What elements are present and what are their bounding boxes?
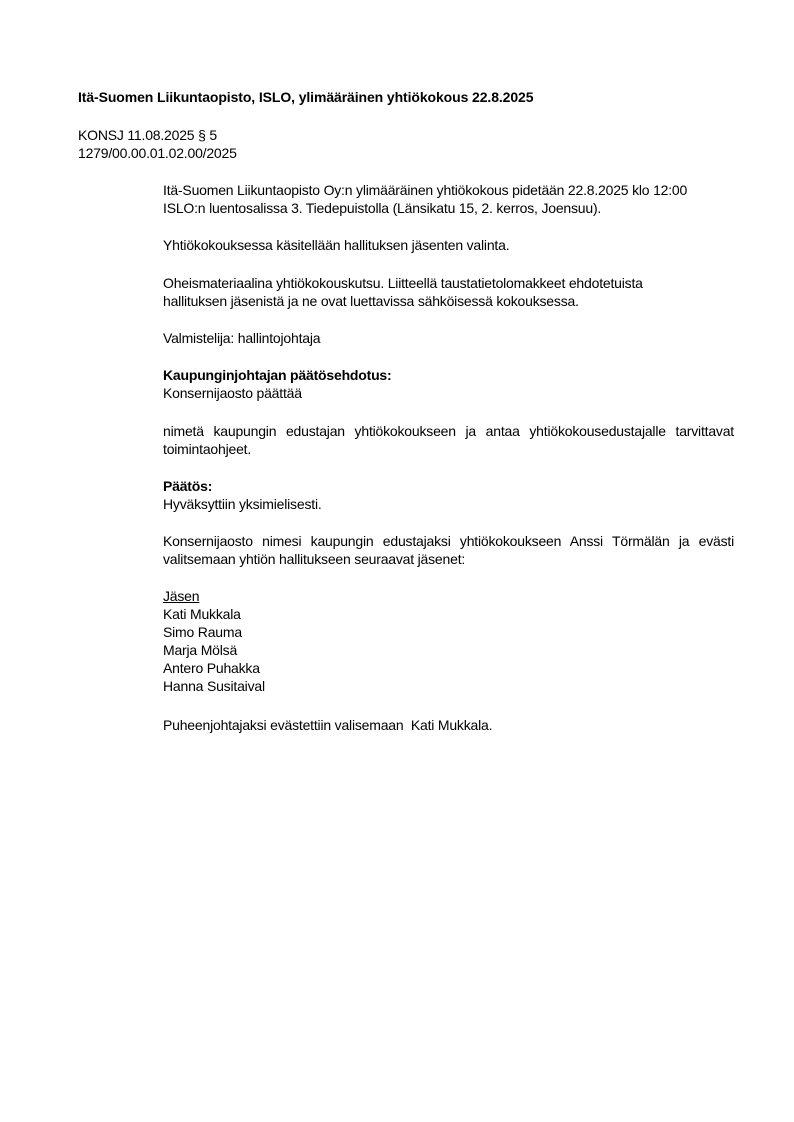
member-item: Simo Rauma [163,623,734,641]
attachments-paragraph: Oheismateriaalina yhtiökokouskutsu. Liit… [163,274,734,310]
proposal-decision-paragraph: nimetä kaupungin edustajan yhtiökokoukse… [163,422,734,458]
member-item: Marja Mölsä [163,641,734,659]
document-page: Itä-Suomen Liikuntaopisto, ISLO, ylimäär… [0,0,794,1122]
proposal-text: Konsernijaosto päättää [163,384,734,402]
record-number: 1279/00.00.01.02.00/2025 [78,144,237,162]
members-heading: Jäsen [163,587,734,605]
decision-heading: Päätös: [163,477,734,495]
decision-text: Hyväksyttiin yksimielisesti. [163,495,734,513]
agenda-paragraph: Yhtiökokouksessa käsitellään hallituksen… [163,236,734,254]
member-item: Hanna Susitaival [163,677,734,695]
meeting-reference: KONSJ 11.08.2025 § 5 [78,126,217,144]
preparer-line: Valmistelija: hallintojohtaja [163,329,734,347]
proposal-section: Kaupunginjohtajan päätösehdotus: Konsern… [163,366,734,402]
attachments-line-1: Oheismateriaalina yhtiökokouskutsu. Liit… [163,274,734,292]
decision-section: Päätös: Hyväksyttiin yksimielisesti. [163,477,734,513]
decision-details-paragraph: Konsernijaosto nimesi kaupungin edustaja… [163,532,734,568]
members-list: Jäsen Kati Mukkala Simo Rauma Marja Möls… [163,587,734,695]
member-item: Kati Mukkala [163,605,734,623]
intro-paragraph: Itä-Suomen Liikuntaopisto Oy:n ylimääräi… [163,181,734,217]
proposal-heading: Kaupunginjohtajan päätösehdotus: [163,366,734,384]
attachments-line-2: hallituksen jäsenistä ja ne ovat luettav… [163,292,734,310]
intro-line-2: ISLO:n luentosalissa 3. Tiedepuistolla (… [163,199,734,217]
intro-line-1: Itä-Suomen Liikuntaopisto Oy:n ylimääräi… [163,181,734,199]
document-title: Itä-Suomen Liikuntaopisto, ISLO, ylimäär… [78,89,533,105]
member-item: Antero Puhakka [163,659,734,677]
chair-paragraph: Puheenjohtajaksi evästettiin valisemaan … [163,716,734,734]
